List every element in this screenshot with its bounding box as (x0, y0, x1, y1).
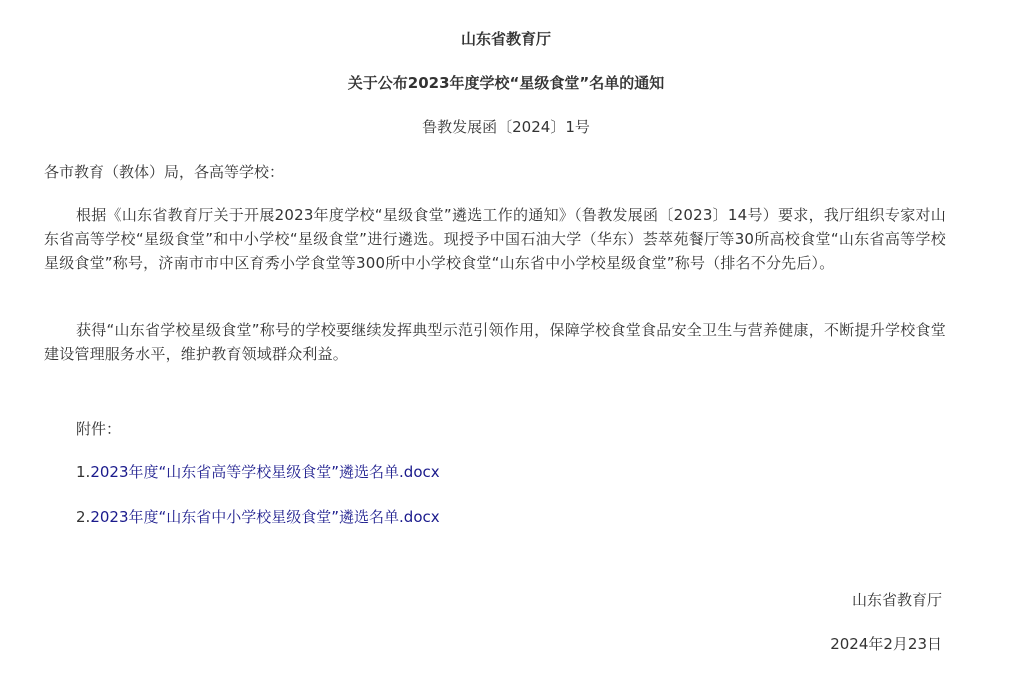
body-paragraph-1: 根据《山东省教育厅关于开展2023年度学校“星级食堂”遴选工作的通知》（鲁教发展… (44, 203, 946, 275)
attachment-item-1: 1.2023年度“山东省高等学校星级食堂”遴选名单.docx (76, 461, 440, 482)
signature-date: 2024年2月23日 (830, 633, 942, 654)
signature-organization: 山东省教育厅 (852, 589, 942, 610)
notice-document: 山东省教育厅 关于公布2023年度学校“星级食堂”名单的通知 鲁教发展函〔202… (0, 0, 1012, 675)
body-paragraph-2: 获得“山东省学校星级食堂”称号的学校要继续发挥典型示范引领作用，保障学校食堂食品… (44, 318, 946, 366)
issuer-heading: 山东省教育厅 (0, 28, 1012, 49)
attachment-link-1[interactable]: 2023年度“山东省高等学校星级食堂”遴选名单.docx (90, 463, 439, 481)
attachment-item-2: 2.2023年度“山东省中小学校星级食堂”遴选名单.docx (76, 506, 440, 527)
document-number: 鲁教发展函〔2024〕1号 (0, 116, 1012, 137)
attachments-label: 附件： (76, 418, 121, 439)
salutation: 各市教育（教体）局，各高等学校： (44, 161, 284, 182)
attachment-index: 2. (76, 508, 90, 526)
attachment-link-2[interactable]: 2023年度“山东省中小学校星级食堂”遴选名单.docx (90, 508, 439, 526)
notice-title: 关于公布2023年度学校“星级食堂”名单的通知 (0, 72, 1012, 93)
attachment-index: 1. (76, 463, 90, 481)
